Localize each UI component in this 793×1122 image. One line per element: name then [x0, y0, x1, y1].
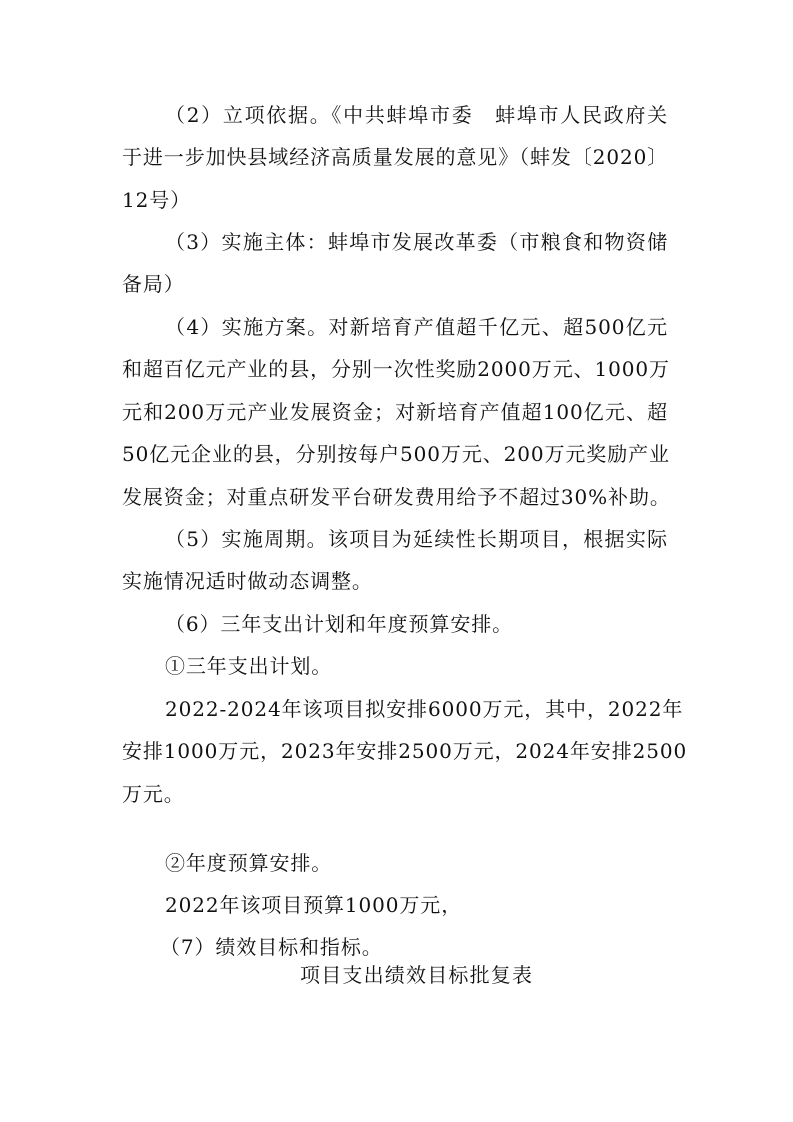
- subheading-three-year-plan: ①三年支出计划。: [165, 654, 668, 678]
- paragraph-annual-budget: 2022年该项目预算1000万元，: [165, 893, 668, 917]
- paragraph-basis-line-1: （2）立项依据。《中共蚌埠市委 蚌埠市人民政府关: [165, 103, 668, 127]
- paragraph-basis-line-3: 12号）: [122, 188, 668, 212]
- paragraph-plan-line-4: 50亿元企业的县，分别按每户500万元、200万元奖励产业: [122, 442, 668, 466]
- paragraph-three-year-line-2: 安排1000万元，2023年安排2500万元，2024年安排2500: [122, 739, 668, 763]
- paragraph-plan-line-1: （4）实施方案。对新培育产值超千亿元、超500亿元: [165, 315, 668, 339]
- heading-performance-goals: （7）绩效目标和指标。: [160, 935, 706, 959]
- paragraph-plan-line-3: 元和200万元产业发展资金；对新培育产值超100亿元、超: [122, 400, 668, 424]
- paragraph-basis-line-2: 于进一步加快县域经济高质量发展的意见》（蚌发〔2020〕: [122, 145, 668, 169]
- paragraph-three-year-line-1: 2022-2024年该项目拟安排6000万元，其中，2022年: [165, 697, 668, 721]
- table-title: 项目支出绩效目标批复表: [300, 963, 532, 987]
- paragraph-entity-line-1: （3）实施主体：蚌埠市发展改革委（市粮食和物资储: [165, 230, 668, 254]
- paragraph-plan-line-5: 发展资金；对重点研发平台研发费用给予不超过30%补助。: [122, 485, 668, 509]
- paragraph-period-line-1: （5）实施周期。该项目为延续性长期项目，根据实际: [165, 527, 668, 551]
- paragraph-entity-line-2: 备局）: [122, 272, 668, 296]
- paragraph-plan-line-2: 和超百亿元产业的县，分别一次性奖励2000万元、1000万: [122, 357, 668, 381]
- subheading-annual-budget: ②年度预算安排。: [165, 851, 668, 875]
- heading-budget-plan: （6）三年支出计划和年度预算安排。: [165, 612, 668, 636]
- paragraph-three-year-line-3: 万元。: [122, 782, 668, 806]
- document-page: （2）立项依据。《中共蚌埠市委 蚌埠市人民政府关 于进一步加快县域经济高质量发展…: [0, 0, 793, 1122]
- paragraph-period-line-2: 实施情况适时做动态调整。: [122, 569, 668, 593]
